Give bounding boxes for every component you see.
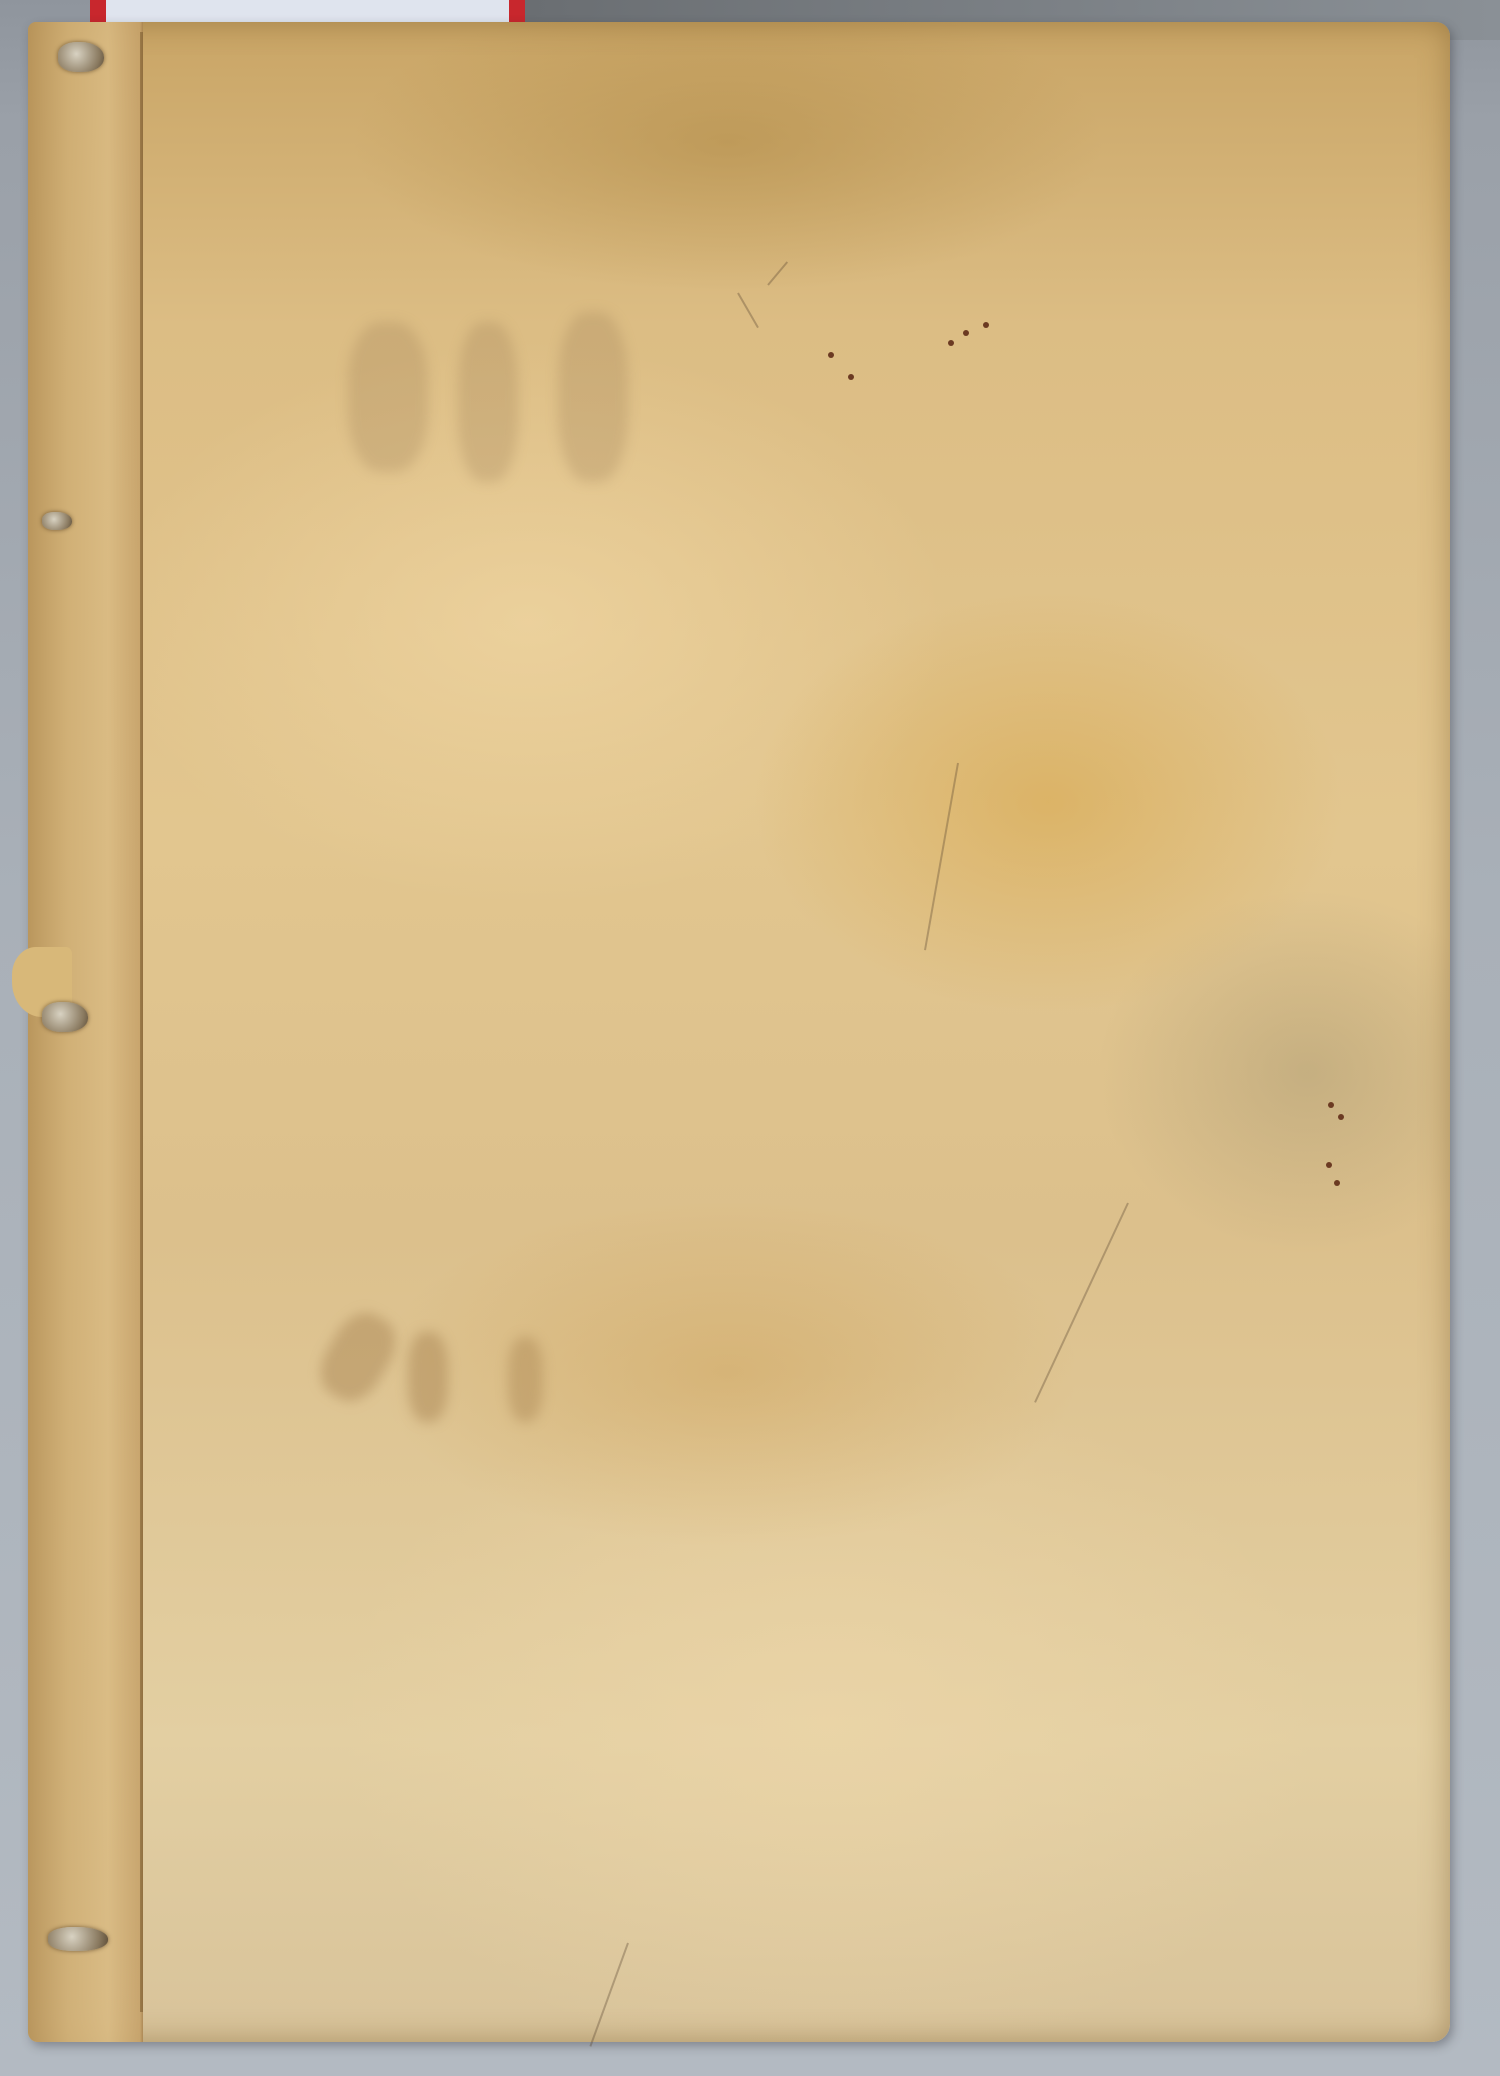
stain-mark bbox=[408, 1332, 448, 1422]
scratch bbox=[767, 261, 788, 285]
ghost-mark bbox=[558, 312, 628, 482]
ink-spot bbox=[983, 322, 989, 328]
spine-tie-top bbox=[58, 42, 104, 72]
ink-spot bbox=[848, 374, 854, 380]
scratch bbox=[1034, 1203, 1129, 1403]
ghost-mark bbox=[458, 322, 518, 482]
spine-tie-upper bbox=[42, 512, 72, 530]
scratch bbox=[924, 763, 959, 950]
ink-spot bbox=[828, 352, 834, 358]
ink-spot bbox=[963, 330, 969, 336]
book-spine bbox=[28, 22, 143, 2042]
ink-spot bbox=[1334, 1180, 1340, 1186]
ink-spot bbox=[1338, 1114, 1344, 1120]
spine-fold-line bbox=[140, 32, 143, 2012]
stain-mark bbox=[508, 1337, 543, 1422]
scratch bbox=[737, 293, 759, 329]
book-cover bbox=[28, 22, 1450, 2042]
ink-spot bbox=[948, 340, 954, 346]
scratch bbox=[589, 1943, 629, 2047]
ghost-mark bbox=[348, 322, 428, 472]
stain-mark bbox=[310, 1303, 407, 1411]
ink-spot bbox=[1328, 1102, 1334, 1108]
spine-tie-middle bbox=[42, 1002, 88, 1032]
spine-tie-bottom bbox=[48, 1927, 108, 1951]
ink-spot bbox=[1326, 1162, 1332, 1168]
